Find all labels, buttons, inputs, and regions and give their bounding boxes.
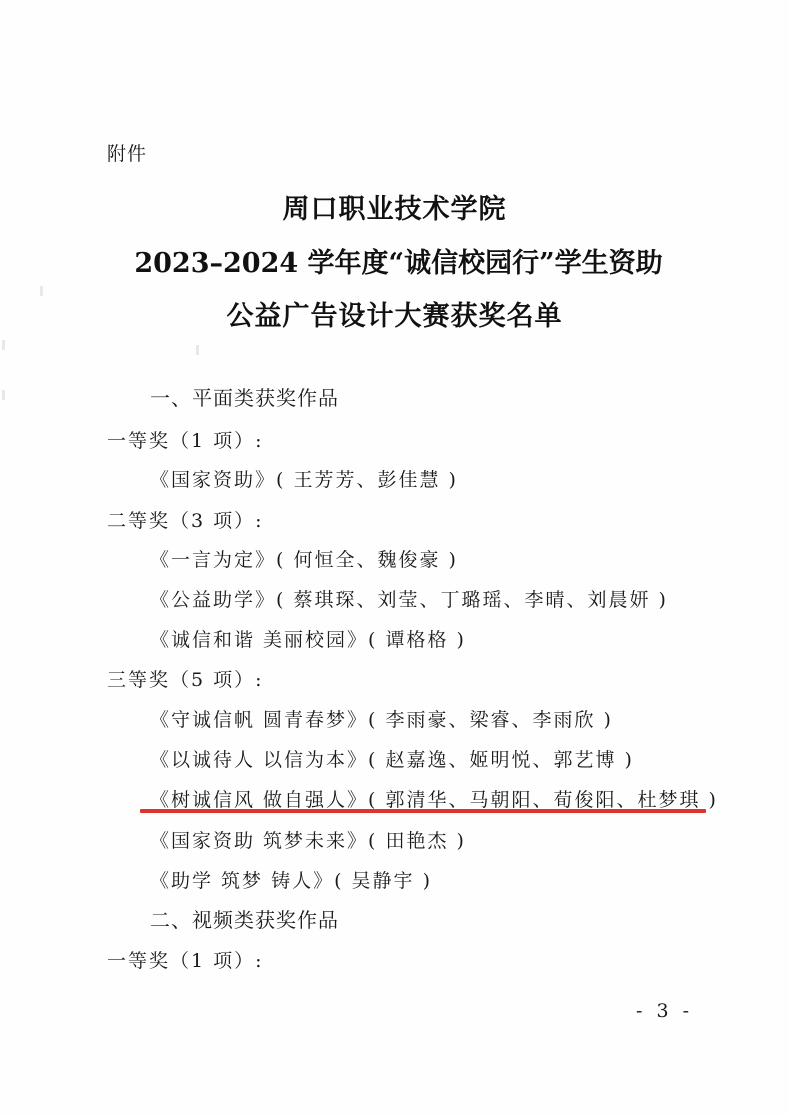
red-underline-highlight [140,809,706,813]
page-number: - 3 - [636,1000,693,1022]
entry-item: 《一言为定》( 何恒全、魏俊豪 ) [150,545,458,572]
entry-item: 《国家资助》( 王芳芳、彭佳慧 ) [150,465,458,492]
entry-item: 《守诚信帆 圆青春梦》( 李雨豪、梁睿、李雨欣 ) [150,705,613,732]
entry-item: 《诚信和谐 美丽校园》( 谭格格 ) [150,625,466,652]
prize-second-print: 二等奖（3 项）: [107,506,264,533]
section-heading-video: 二、视频类获奖作品 [150,904,339,933]
prize-third-print: 三等奖（5 项）: [107,665,264,692]
scan-artifact [2,340,5,350]
title-institution: 周口职业技术学院 [0,187,789,226]
entry-item: 《以诚待人 以信为本》( 赵嘉逸、姬明悦、郭艺博 ) [150,745,634,772]
entry-item: 《助学 筑梦 铸人》( 吴静宇 ) [150,866,432,893]
scan-artifact [196,345,199,355]
entry-item-highlighted: 《树诚信风 做自强人》( 郭清华、马朝阳、荀俊阳、杜梦琪 ) [150,785,718,812]
entry-item: 《公益助学》( 蔡琪琛、刘莹、丁璐瑶、李晴、刘晨妍 ) [150,585,668,612]
title-list: 公益广告设计大赛获奖名单 [0,294,789,333]
entry-item: 《国家资助 筑梦未来》( 田艳杰 ) [150,826,466,853]
attachment-label: 附件 [107,139,147,166]
prize-first-video: 一等奖（1 项）: [107,946,264,973]
prize-first-print: 一等奖（1 项）: [107,426,264,453]
document-page: 附件 周口职业技术学院 2023–2024 学年度“诚信校园行”学生资助 公益广… [0,0,789,1116]
title-event: 2023–2024 学年度“诚信校园行”学生资助 [4,241,789,280]
scan-artifact [2,390,5,400]
section-heading-print: 一、平面类获奖作品 [150,382,339,411]
